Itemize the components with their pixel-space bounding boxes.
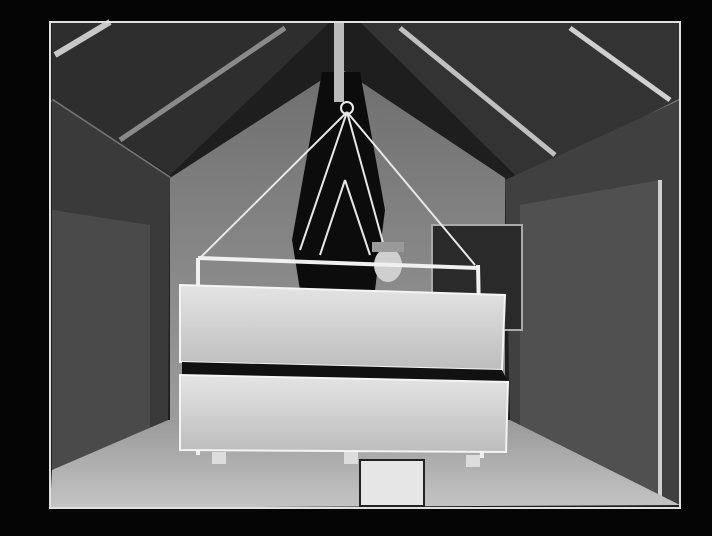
photograph	[0, 0, 712, 536]
upper-tray	[180, 285, 505, 370]
scene	[50, 22, 680, 508]
lower-tray	[180, 375, 508, 452]
stool	[360, 460, 424, 506]
